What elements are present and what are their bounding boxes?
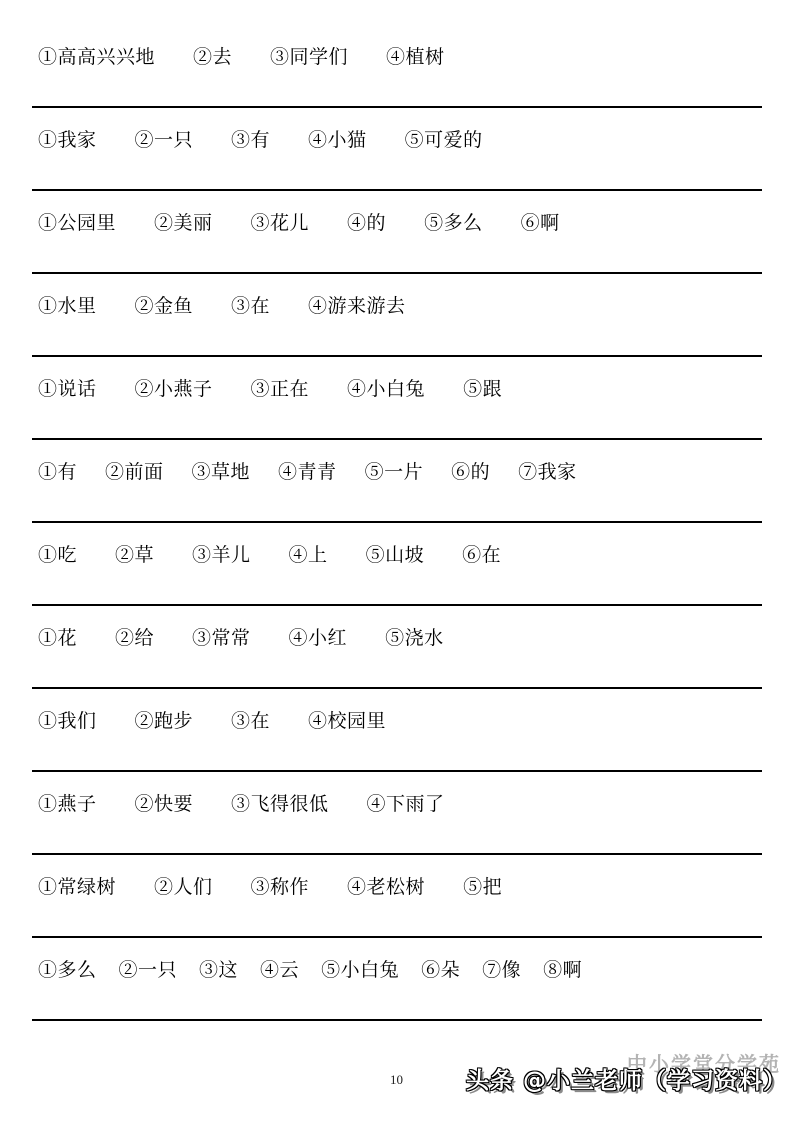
worksheet-page: ①高高兴兴地②去③同学们④植树①我家②一只③有④小猫⑤可爱的①公园里②美丽③花儿… [0,0,793,1122]
word-block: ①我家②一只③有④小猫⑤可爱的 [0,129,793,191]
word-row: ①花②给③常常④小红⑤浇水 [38,627,773,651]
word-item: ①公园里 [38,212,116,236]
word-item: ④老松树 [347,876,425,900]
word-item: ④青青 [278,461,337,485]
word-item: ⑦我家 [518,461,577,485]
word-item: ②金鱼 [135,295,194,319]
word-item: ①水里 [38,295,97,319]
answer-line [32,936,762,938]
word-row: ①多么②一只③这④云⑤小白兔⑥朵⑦像⑧啊 [38,959,773,983]
word-item: ⑥啊 [521,212,560,236]
answer-line [32,438,762,440]
word-block: ①燕子②快要③飞得很低④下雨了 [0,793,793,855]
word-item: ⑥朵 [421,959,460,983]
word-item: ②人们 [154,876,213,900]
word-item: ②给 [115,627,154,651]
word-item: ③同学们 [270,46,348,70]
answer-line [32,272,762,274]
word-item: ②一只 [119,959,178,983]
answer-line [32,770,762,772]
word-item: ①燕子 [38,793,97,817]
word-item: ③正在 [251,378,310,402]
answer-line [32,189,762,191]
word-row: ①吃②草③羊儿④上⑤山坡⑥在 [38,544,773,568]
word-item: ④的 [347,212,386,236]
word-block: ①水里②金鱼③在④游来游去 [0,295,793,357]
word-item: ④小红 [289,627,348,651]
word-row: ①有②前面③草地④青青⑤一片⑥的⑦我家 [38,461,773,485]
word-item: ⑤可爱的 [405,129,483,153]
answer-line [32,106,762,108]
word-item: ①有 [38,461,77,485]
word-item: ④游来游去 [308,295,406,319]
word-block: ①吃②草③羊儿④上⑤山坡⑥在 [0,544,793,606]
answer-line [32,355,762,357]
word-item: ④下雨了 [367,793,445,817]
word-item: ①多么 [38,959,97,983]
word-item: ③羊儿 [192,544,251,568]
word-item: ①我们 [38,710,97,734]
word-item: ⑤多么 [424,212,483,236]
word-item: ⑤浇水 [385,627,444,651]
word-row: ①常绿树②人们③称作④老松树⑤把 [38,876,773,900]
word-item: ③这 [199,959,238,983]
word-item: ④云 [260,959,299,983]
answer-line [32,521,762,523]
word-item: ②美丽 [154,212,213,236]
word-block: ①常绿树②人们③称作④老松树⑤把 [0,876,793,938]
word-item: ⑧啊 [543,959,582,983]
word-item: ②草 [115,544,154,568]
word-item: ②快要 [135,793,194,817]
word-item: ②跑步 [135,710,194,734]
word-item: ②前面 [105,461,164,485]
word-item: ④小猫 [308,129,367,153]
word-item: ①常绿树 [38,876,116,900]
word-item: ⑤跟 [463,378,502,402]
word-row: ①公园里②美丽③花儿④的⑤多么⑥啊 [38,212,773,236]
word-item: ⑤小白兔 [321,959,399,983]
word-block: ①说话②小燕子③正在④小白兔⑤跟 [0,378,793,440]
word-block: ①花②给③常常④小红⑤浇水 [0,627,793,689]
word-item: ⑦像 [482,959,521,983]
word-item: ③在 [231,295,270,319]
word-row: ①我家②一只③有④小猫⑤可爱的 [38,129,773,153]
word-item: ⑥在 [462,544,501,568]
word-item: ③草地 [192,461,251,485]
word-item: ③飞得很低 [231,793,329,817]
word-item: ③有 [231,129,270,153]
word-item: ①高高兴兴地 [38,46,155,70]
toutiao-watermark: 头条 @小兰老师（学习资料） [466,1062,787,1095]
word-item: ②一只 [135,129,194,153]
word-item: ③在 [231,710,270,734]
word-block: ①公园里②美丽③花儿④的⑤多么⑥啊 [0,212,793,274]
word-block: ①有②前面③草地④青青⑤一片⑥的⑦我家 [0,461,793,523]
word-item: ④小白兔 [347,378,425,402]
word-row: ①水里②金鱼③在④游来游去 [38,295,773,319]
word-row: ①说话②小燕子③正在④小白兔⑤跟 [38,378,773,402]
word-item: ②去 [193,46,232,70]
word-item: ⑥的 [451,461,490,485]
answer-line [32,853,762,855]
word-item: ③称作 [251,876,310,900]
word-item: ④校园里 [308,710,386,734]
word-item: ④上 [289,544,328,568]
answer-line [32,687,762,689]
word-item: ③花儿 [251,212,310,236]
answer-line [32,604,762,606]
word-item: ⑤一片 [365,461,424,485]
word-item: ③常常 [192,627,251,651]
answer-line [32,1019,762,1021]
word-row: ①高高兴兴地②去③同学们④植树 [38,46,773,70]
word-item: ②小燕子 [135,378,213,402]
word-row: ①燕子②快要③飞得很低④下雨了 [38,793,773,817]
word-row: ①我们②跑步③在④校园里 [38,710,773,734]
word-item: ④植树 [386,46,445,70]
word-block: ①高高兴兴地②去③同学们④植树 [0,46,793,108]
word-item: ⑤山坡 [366,544,425,568]
word-item: ①花 [38,627,77,651]
word-item: ⑤把 [463,876,502,900]
word-block: ①多么②一只③这④云⑤小白兔⑥朵⑦像⑧啊 [0,959,793,1021]
word-item: ①我家 [38,129,97,153]
word-item: ①吃 [38,544,77,568]
word-rows: ①高高兴兴地②去③同学们④植树①我家②一只③有④小猫⑤可爱的①公园里②美丽③花儿… [0,0,793,1021]
word-item: ①说话 [38,378,97,402]
word-block: ①我们②跑步③在④校园里 [0,710,793,772]
